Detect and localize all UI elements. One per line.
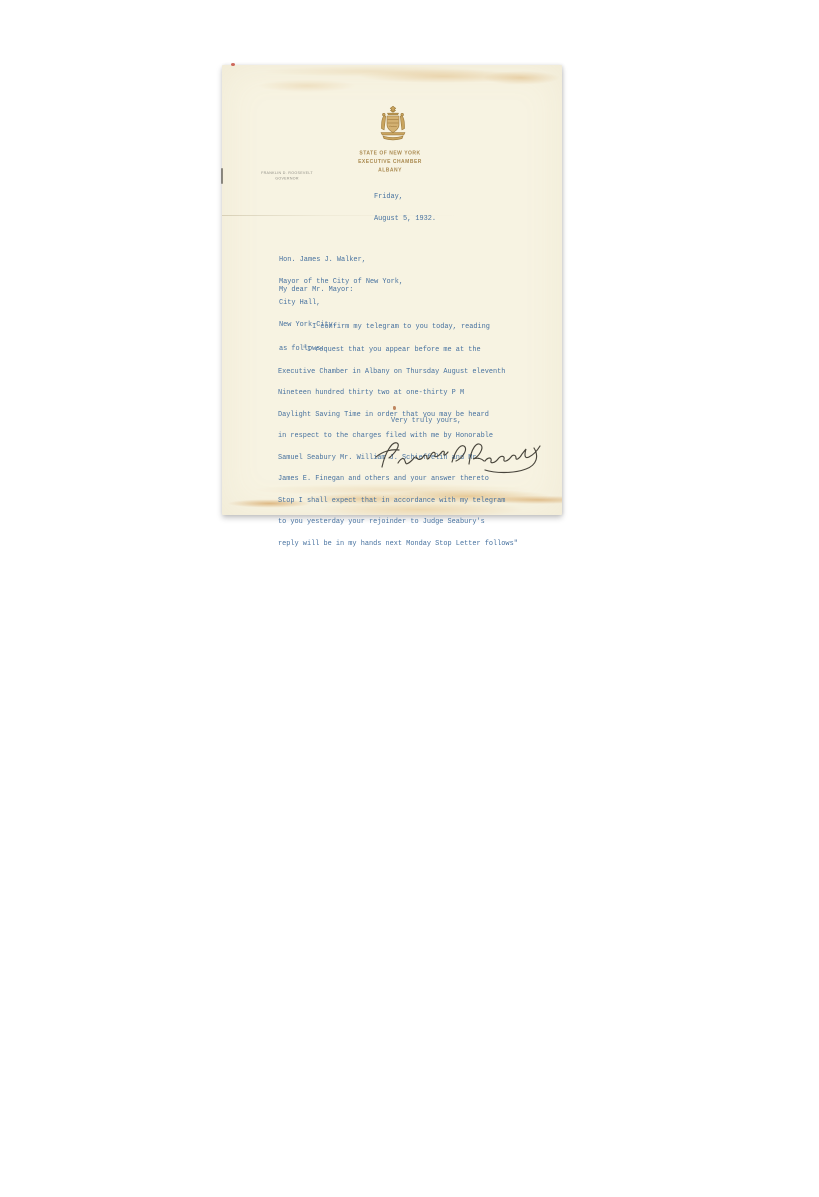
telegram-line: Nineteen hundred thirty two at one-thirt…: [278, 390, 518, 397]
new-york-coat-of-arms-icon: [374, 105, 412, 145]
telegram-line: reply will be in my hands next Monday St…: [278, 541, 518, 548]
body-line: I confirm my telegram to you today, read…: [279, 324, 490, 331]
date-block: Friday, August 5, 1932.: [374, 180, 436, 237]
letter-document: STATE OF NEW YORK EXECUTIVE CHAMBER ALBA…: [222, 65, 562, 515]
letterhead-sender: FRANKLIN D. ROOSEVELT GOVERNOR: [251, 170, 323, 181]
pen-check-mark: [393, 406, 396, 410]
letterhead-chamber-line: EXECUTIVE CHAMBER: [320, 158, 460, 167]
recipient-line: Hon. James J. Walker,: [279, 257, 403, 264]
recipient-line: City Hall,: [279, 300, 403, 307]
letterhead-city-line: ALBANY: [320, 166, 460, 175]
fdr-signature: [368, 431, 550, 481]
sender-title: GOVERNOR: [251, 176, 323, 182]
top-corner-red-mark: [231, 63, 235, 66]
letterhead-state-line: STATE OF NEW YORK: [320, 149, 460, 158]
telegram-line: Stop I shall expect that in accordance w…: [278, 498, 518, 505]
date-full: August 5, 1932.: [374, 216, 436, 223]
closing-line: Very truly yours,: [391, 418, 461, 425]
letterhead-office: STATE OF NEW YORK EXECUTIVE CHAMBER ALBA…: [320, 149, 460, 175]
telegram-line: Executive Chamber in Albany on Thursday …: [278, 369, 518, 376]
telegram-line: to you yesterday your rejoinder to Judge…: [278, 519, 518, 526]
date-weekday: Friday,: [374, 194, 436, 201]
foxing-stain-top: [222, 65, 562, 97]
scan-page: STATE OF NEW YORK EXECUTIVE CHAMBER ALBA…: [0, 0, 819, 1197]
salutation: My dear Mr. Mayor:: [279, 287, 353, 294]
recipient-line: Mayor of the City of New York,: [279, 279, 403, 286]
telegram-line: "I request that you appear before me at …: [278, 347, 518, 354]
left-edge-tear-mark: [221, 168, 223, 184]
